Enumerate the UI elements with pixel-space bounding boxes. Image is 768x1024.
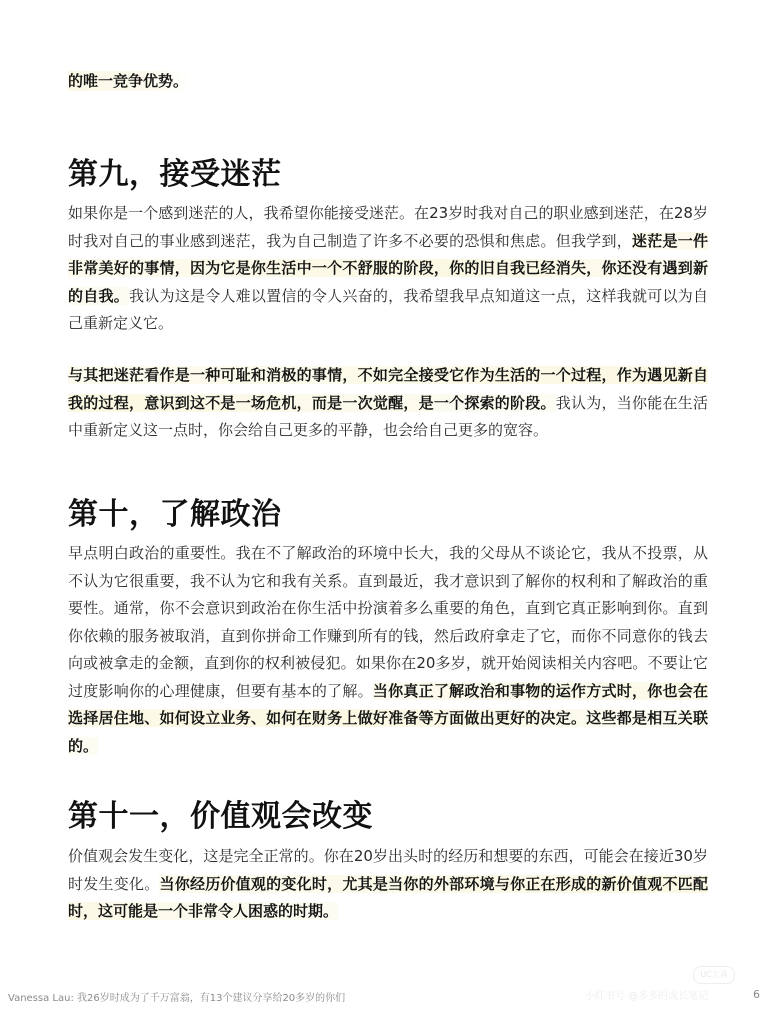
text-run: 早点明白政治的重要性。我在不了解政治的环境中长大，我的父母从不谈论它，我从不投票… (68, 544, 708, 700)
section-11-paragraph-1: 价值观会发生变化，这是完全正常的。你在20岁出头时的经历和想要的东西，可能会在接… (68, 843, 708, 926)
document-page: 的唯一竞争优势。 第九，接受迷茫 如果你是一个感到迷茫的人，我希望你能接受迷茫。… (0, 0, 768, 1024)
watermark-text: 小红书号 @多多的成长笔记 (585, 987, 708, 1002)
highlighted-text: 当你经历价值观的变化时，尤其是当你的外部环境与你正在形成的新价值观不匹配时，这可… (68, 875, 708, 921)
continued-fragment: 的唯一竞争优势。 (68, 68, 191, 94)
fragment-text: 的唯一竞争优势。 (68, 71, 191, 91)
text-run: 如果你是一个感到迷茫的人，我希望你能接受迷茫。在23岁时我对自己的职业感到迷茫，… (68, 204, 708, 250)
section-heading-11: 第十一，价值观会改变 (68, 797, 373, 837)
section-heading-10: 第十，了解政治 (68, 495, 282, 535)
section-heading-9: 第九，接受迷茫 (68, 155, 282, 195)
text-run: 我认为这是令人难以置信的令人兴奋的，我希望我早点知道这一点，这样我就可以为自己重… (68, 287, 708, 333)
page-number: 6 (753, 988, 760, 1001)
section-10-paragraph-1: 早点明白政治的重要性。我在不了解政治的环境中长大，我的父母从不谈论它，我从不投票… (68, 540, 708, 760)
section-9-paragraph-2: 与其把迷茫看作是一种可耻和消极的事情，不如完全接受它作为生活的一个过程，作为遇见… (68, 362, 708, 445)
footer-source-caption: Vanessa Lau: 我26岁时成为了千万富翁，有13个建议分享给20多岁的… (8, 989, 345, 1004)
section-9-paragraph-1: 如果你是一个感到迷茫的人，我希望你能接受迷茫。在23岁时我对自己的职业感到迷茫，… (68, 200, 708, 338)
watermark-badge: UC工具 (693, 966, 735, 984)
